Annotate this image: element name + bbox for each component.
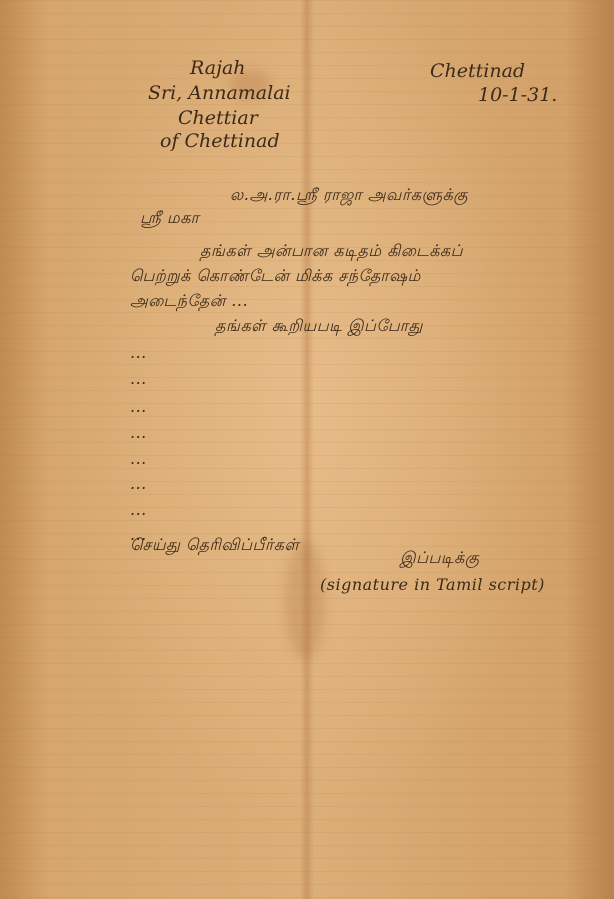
addressee-line-2: Sri, Annamalai [148,80,291,106]
body-line: தங்கள் கூறியபடி இப்போது [215,313,423,339]
addressee-line-4: of Chettinad [160,128,280,154]
place: Chettinad [430,58,525,84]
body-line: பெற்றுக் கொண்டேன் மிக்க சந்தோஷம் [130,263,421,289]
body-line: ... [130,420,147,446]
body-line: ... [130,446,147,472]
letter-paper: Rajah Sri, Annamalai Chettiar of Chettin… [0,0,614,899]
body-line: ... [130,394,147,420]
closing: இப்படிக்கு [400,545,479,571]
body-line: தங்கள் அன்பான கடிதம் கிடைக்கப் [200,238,463,264]
body-line: ... [130,497,147,523]
body-line: ... [130,340,147,366]
body-line: ல.அ.ரா.ஸ்ரீ ராஜா அவர்களுக்கு [230,182,468,208]
body-line: ... [130,366,147,392]
body-line: செய்து தெரிவிப்பீர்கள் [130,532,299,558]
date: 10-1-31. [478,82,557,108]
body-line: அடைந்தேன் ... [130,288,248,314]
addressee-line-1: Rajah [190,55,246,81]
signature: (signature in Tamil script) [320,572,545,598]
vertical-fold-crease [300,0,314,899]
body-line: ஸ்ரீ மகா [140,205,199,231]
stain [285,540,325,660]
body-line: ... [130,471,147,497]
